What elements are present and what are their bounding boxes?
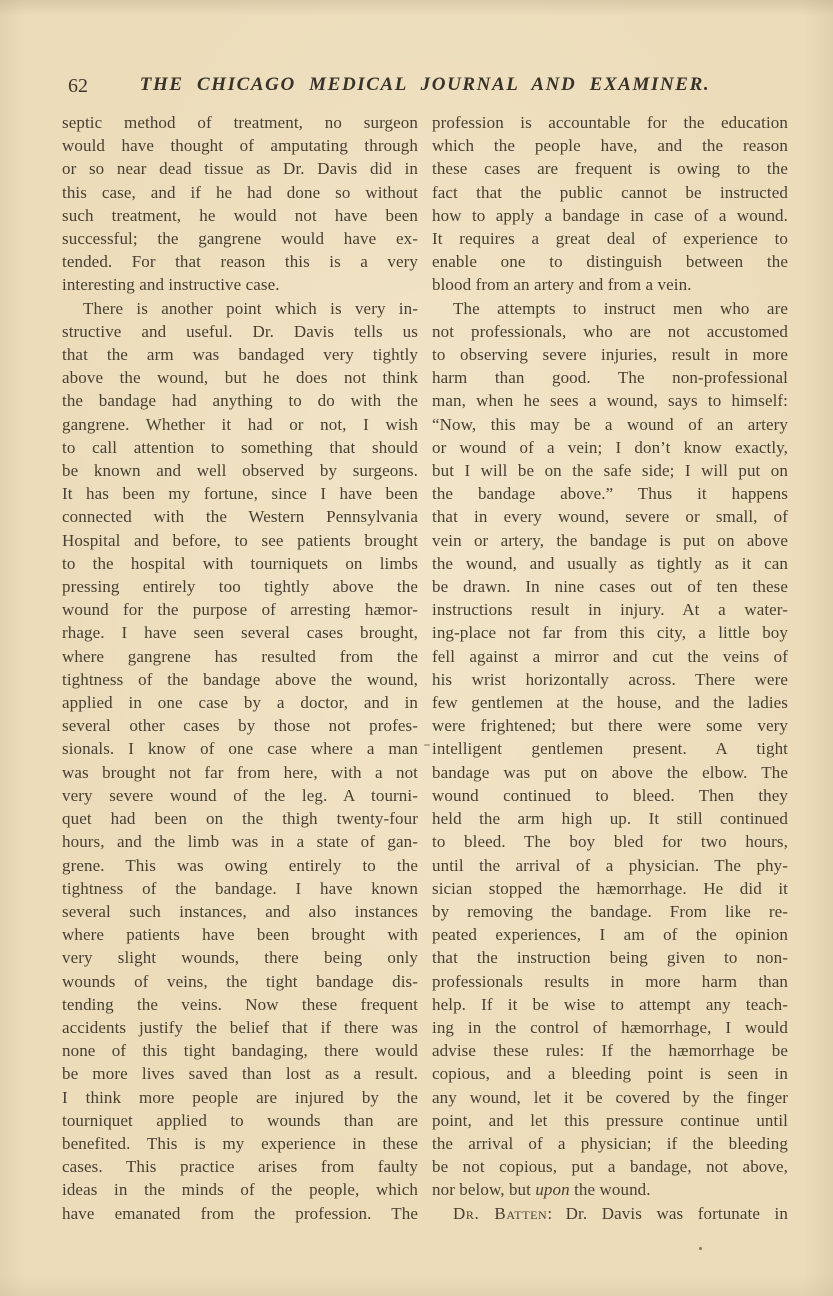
text-line: ing in the control of hæmorrhage, I woul… bbox=[432, 1016, 788, 1039]
text-line: where gangrene has resulted from the bbox=[62, 645, 418, 668]
text-line: be more lives saved than lost as a resul… bbox=[62, 1062, 418, 1085]
scanned-journal-page: 62 THE CHICAGO MEDICAL JOURNAL AND EXAMI… bbox=[0, 0, 833, 1296]
text-line: rhage. I have seen several cases brought… bbox=[62, 621, 418, 644]
scan-speck bbox=[424, 744, 430, 746]
text-line: by removing the bandage. From like re- bbox=[432, 900, 788, 923]
italic-word: upon bbox=[535, 1180, 569, 1199]
text-line: tourniquet applied to wounds than are bbox=[62, 1109, 418, 1132]
text-line: hours, and the limb was in a state of ga… bbox=[62, 830, 418, 853]
text-line: profession is accountable for the educat… bbox=[432, 111, 788, 134]
text-line: not professionals, who are not accustome… bbox=[432, 320, 788, 343]
text-line: grene. This was owing entirely to the bbox=[62, 854, 418, 877]
text-line: where patients have been brought with bbox=[62, 923, 418, 946]
text-line: to observing severe injuries, result in … bbox=[432, 343, 788, 366]
text-line: were frightened; but there were some ver… bbox=[432, 714, 788, 737]
scan-speck bbox=[699, 1247, 702, 1250]
text-line: connected with the Western Pennsylvania bbox=[62, 505, 418, 528]
text-line: be not copious, put a bandage, not above… bbox=[432, 1155, 788, 1178]
text-line: bandage was put on above the elbow. The bbox=[432, 761, 788, 784]
text-line: several other cases by those not profes- bbox=[62, 714, 418, 737]
text-line: very severe wound of the leg. A tourni- bbox=[62, 784, 418, 807]
text-line: very slight wounds, there being only bbox=[62, 946, 418, 969]
text-line: Dr. Batten:Dr. Davis was fortunate in bbox=[432, 1202, 788, 1225]
text-line: tended. For that reason this is a very bbox=[62, 250, 418, 273]
text-line: There is another point which is very in- bbox=[62, 297, 418, 320]
text-line: harm than good. The non-professional bbox=[432, 366, 788, 389]
text-line: tightness of the bandage above the wound… bbox=[62, 668, 418, 691]
text-line: structive and useful. Dr. Davis tells us bbox=[62, 320, 418, 343]
text-line: wound continued to bleed. Then they bbox=[432, 784, 788, 807]
text-line: wound for the purpose of arresting hæmor… bbox=[62, 598, 418, 621]
text-line: intelligent gentlemen present. A tight bbox=[432, 737, 788, 760]
text-line: septic method of treatment, no surgeon bbox=[62, 111, 418, 134]
text-line: any wound, let it be covered by the fing… bbox=[432, 1086, 788, 1109]
text-line: few gentlemen at the house, and the ladi… bbox=[432, 691, 788, 714]
text-line: above the wound, but he does not think bbox=[62, 366, 418, 389]
running-head: 62 THE CHICAGO MEDICAL JOURNAL AND EXAMI… bbox=[62, 74, 788, 100]
speaker-name: Dr. Batten: bbox=[453, 1204, 553, 1223]
text-line: It has been my fortune, since I have bee… bbox=[62, 482, 418, 505]
text-line: applied in one case by a doctor, and in bbox=[62, 691, 418, 714]
text-line: which the people have, and the reason bbox=[432, 134, 788, 157]
text-line: I think more people are injured by the bbox=[62, 1086, 418, 1109]
text-line: cases. This practice arises from faulty bbox=[62, 1155, 418, 1178]
text-line: such treatment, he would not have been bbox=[62, 204, 418, 227]
text-line: wounds of veins, the tight bandage dis- bbox=[62, 970, 418, 993]
text-line: Hospital and before, to see patients bro… bbox=[62, 529, 418, 552]
left-column: septic method of treatment, no surgeonwo… bbox=[62, 111, 418, 1225]
text-line: It requires a great deal of experience t… bbox=[432, 227, 788, 250]
text-line: pressing entirely too tightly above the bbox=[62, 575, 418, 598]
text-line: the bandage had anything to do with the bbox=[62, 389, 418, 412]
text-line: sician stopped the hæmorrhage. He did it bbox=[432, 877, 788, 900]
text-line: interesting and instructive case. bbox=[62, 273, 418, 296]
text-line: that the arm was bandaged very tightly bbox=[62, 343, 418, 366]
text-line: held the arm high up. It still continued bbox=[432, 807, 788, 830]
text-line: several such instances, and also instanc… bbox=[62, 900, 418, 923]
text-line: sionals. I know of one case where a man bbox=[62, 737, 418, 760]
text-line: point, and let this pressure continue un… bbox=[432, 1109, 788, 1132]
text-line: that the instruction being given to non- bbox=[432, 946, 788, 969]
text-line: vein or artery, the bandage is put on ab… bbox=[432, 529, 788, 552]
text-line: nor below, but upon the wound. bbox=[432, 1178, 788, 1201]
text-line: enable one to distinguish between the bbox=[432, 250, 788, 273]
text-line: to bleed. The boy bled for two hours, bbox=[432, 830, 788, 853]
text-line: “Now, this may be a wound of an artery bbox=[432, 413, 788, 436]
text-line: until the arrival of a physician. The ph… bbox=[432, 854, 788, 877]
text-line: how to apply a bandage in case of a woun… bbox=[432, 204, 788, 227]
text-line: fact that the public cannot be instructe… bbox=[432, 181, 788, 204]
text-line: help. If it be wise to attempt any teach… bbox=[432, 993, 788, 1016]
text-line: successful; the gangrene would have ex- bbox=[62, 227, 418, 250]
text-line: but I will be on the safe side; I will p… bbox=[432, 459, 788, 482]
text-line: be known and well observed by surgeons. bbox=[62, 459, 418, 482]
text-line: these cases are frequent is owing to the bbox=[432, 157, 788, 180]
text-line: to call attention to something that shou… bbox=[62, 436, 418, 459]
text-line: the arrival of a physician; if the bleed… bbox=[432, 1132, 788, 1155]
text-line: copious, and a bleeding point is seen in bbox=[432, 1062, 788, 1085]
text-line: have emanated from the profession. The bbox=[62, 1202, 418, 1225]
text-columns: septic method of treatment, no surgeonwo… bbox=[62, 111, 788, 1225]
text-line: was brought not far from here, with a no… bbox=[62, 761, 418, 784]
text-line: professionals results in more harm than bbox=[432, 970, 788, 993]
text-line: tending the veins. Now these frequent bbox=[62, 993, 418, 1016]
text-line: quet had been on the thigh twenty-four bbox=[62, 807, 418, 830]
text-line: tightness of the bandage. I have known bbox=[62, 877, 418, 900]
text-line: the bandage above.” Thus it happens bbox=[432, 482, 788, 505]
text-line: peated experiences, I am of the opinion bbox=[432, 923, 788, 946]
text-line: this case, and if he had done so without bbox=[62, 181, 418, 204]
text-line: would have thought of amputating through bbox=[62, 134, 418, 157]
text-line: instructions result in injury. At a wate… bbox=[432, 598, 788, 621]
text-line: his wrist horizontally across. There wer… bbox=[432, 668, 788, 691]
text-line: blood from an artery and from a vein. bbox=[432, 273, 788, 296]
text-line: advise these rules: If the hæmorrhage be bbox=[432, 1039, 788, 1062]
text-line: accidents justify the belief that if the… bbox=[62, 1016, 418, 1039]
text-line: or wound of a vein; I don’t know exactly… bbox=[432, 436, 788, 459]
journal-title: THE CHICAGO MEDICAL JOURNAL AND EXAMINER… bbox=[62, 74, 788, 96]
text-line: fell against a mirror and cut the veins … bbox=[432, 645, 788, 668]
text-line: the wound, and usually as tightly as it … bbox=[432, 552, 788, 575]
text-line: that in every wound, severe or small, of bbox=[432, 505, 788, 528]
text-line: ing-place not far from this city, a litt… bbox=[432, 621, 788, 644]
text-line: or so near dead tissue as Dr. Davis did … bbox=[62, 157, 418, 180]
text-line: The attempts to instruct men who are bbox=[432, 297, 788, 320]
text-line: be drawn. In nine cases out of ten these bbox=[432, 575, 788, 598]
text-line: gangrene. Whether it had or not, I wish bbox=[62, 413, 418, 436]
text-line: benefited. This is my experience in thes… bbox=[62, 1132, 418, 1155]
text-line: man, when he sees a wound, says to himse… bbox=[432, 389, 788, 412]
text-line: none of this tight bandaging, there woul… bbox=[62, 1039, 418, 1062]
right-column: profession is accountable for the educat… bbox=[432, 111, 788, 1225]
text-line: ideas in the minds of the people, which bbox=[62, 1178, 418, 1201]
text-line: to the hospital with tourniquets on limb… bbox=[62, 552, 418, 575]
